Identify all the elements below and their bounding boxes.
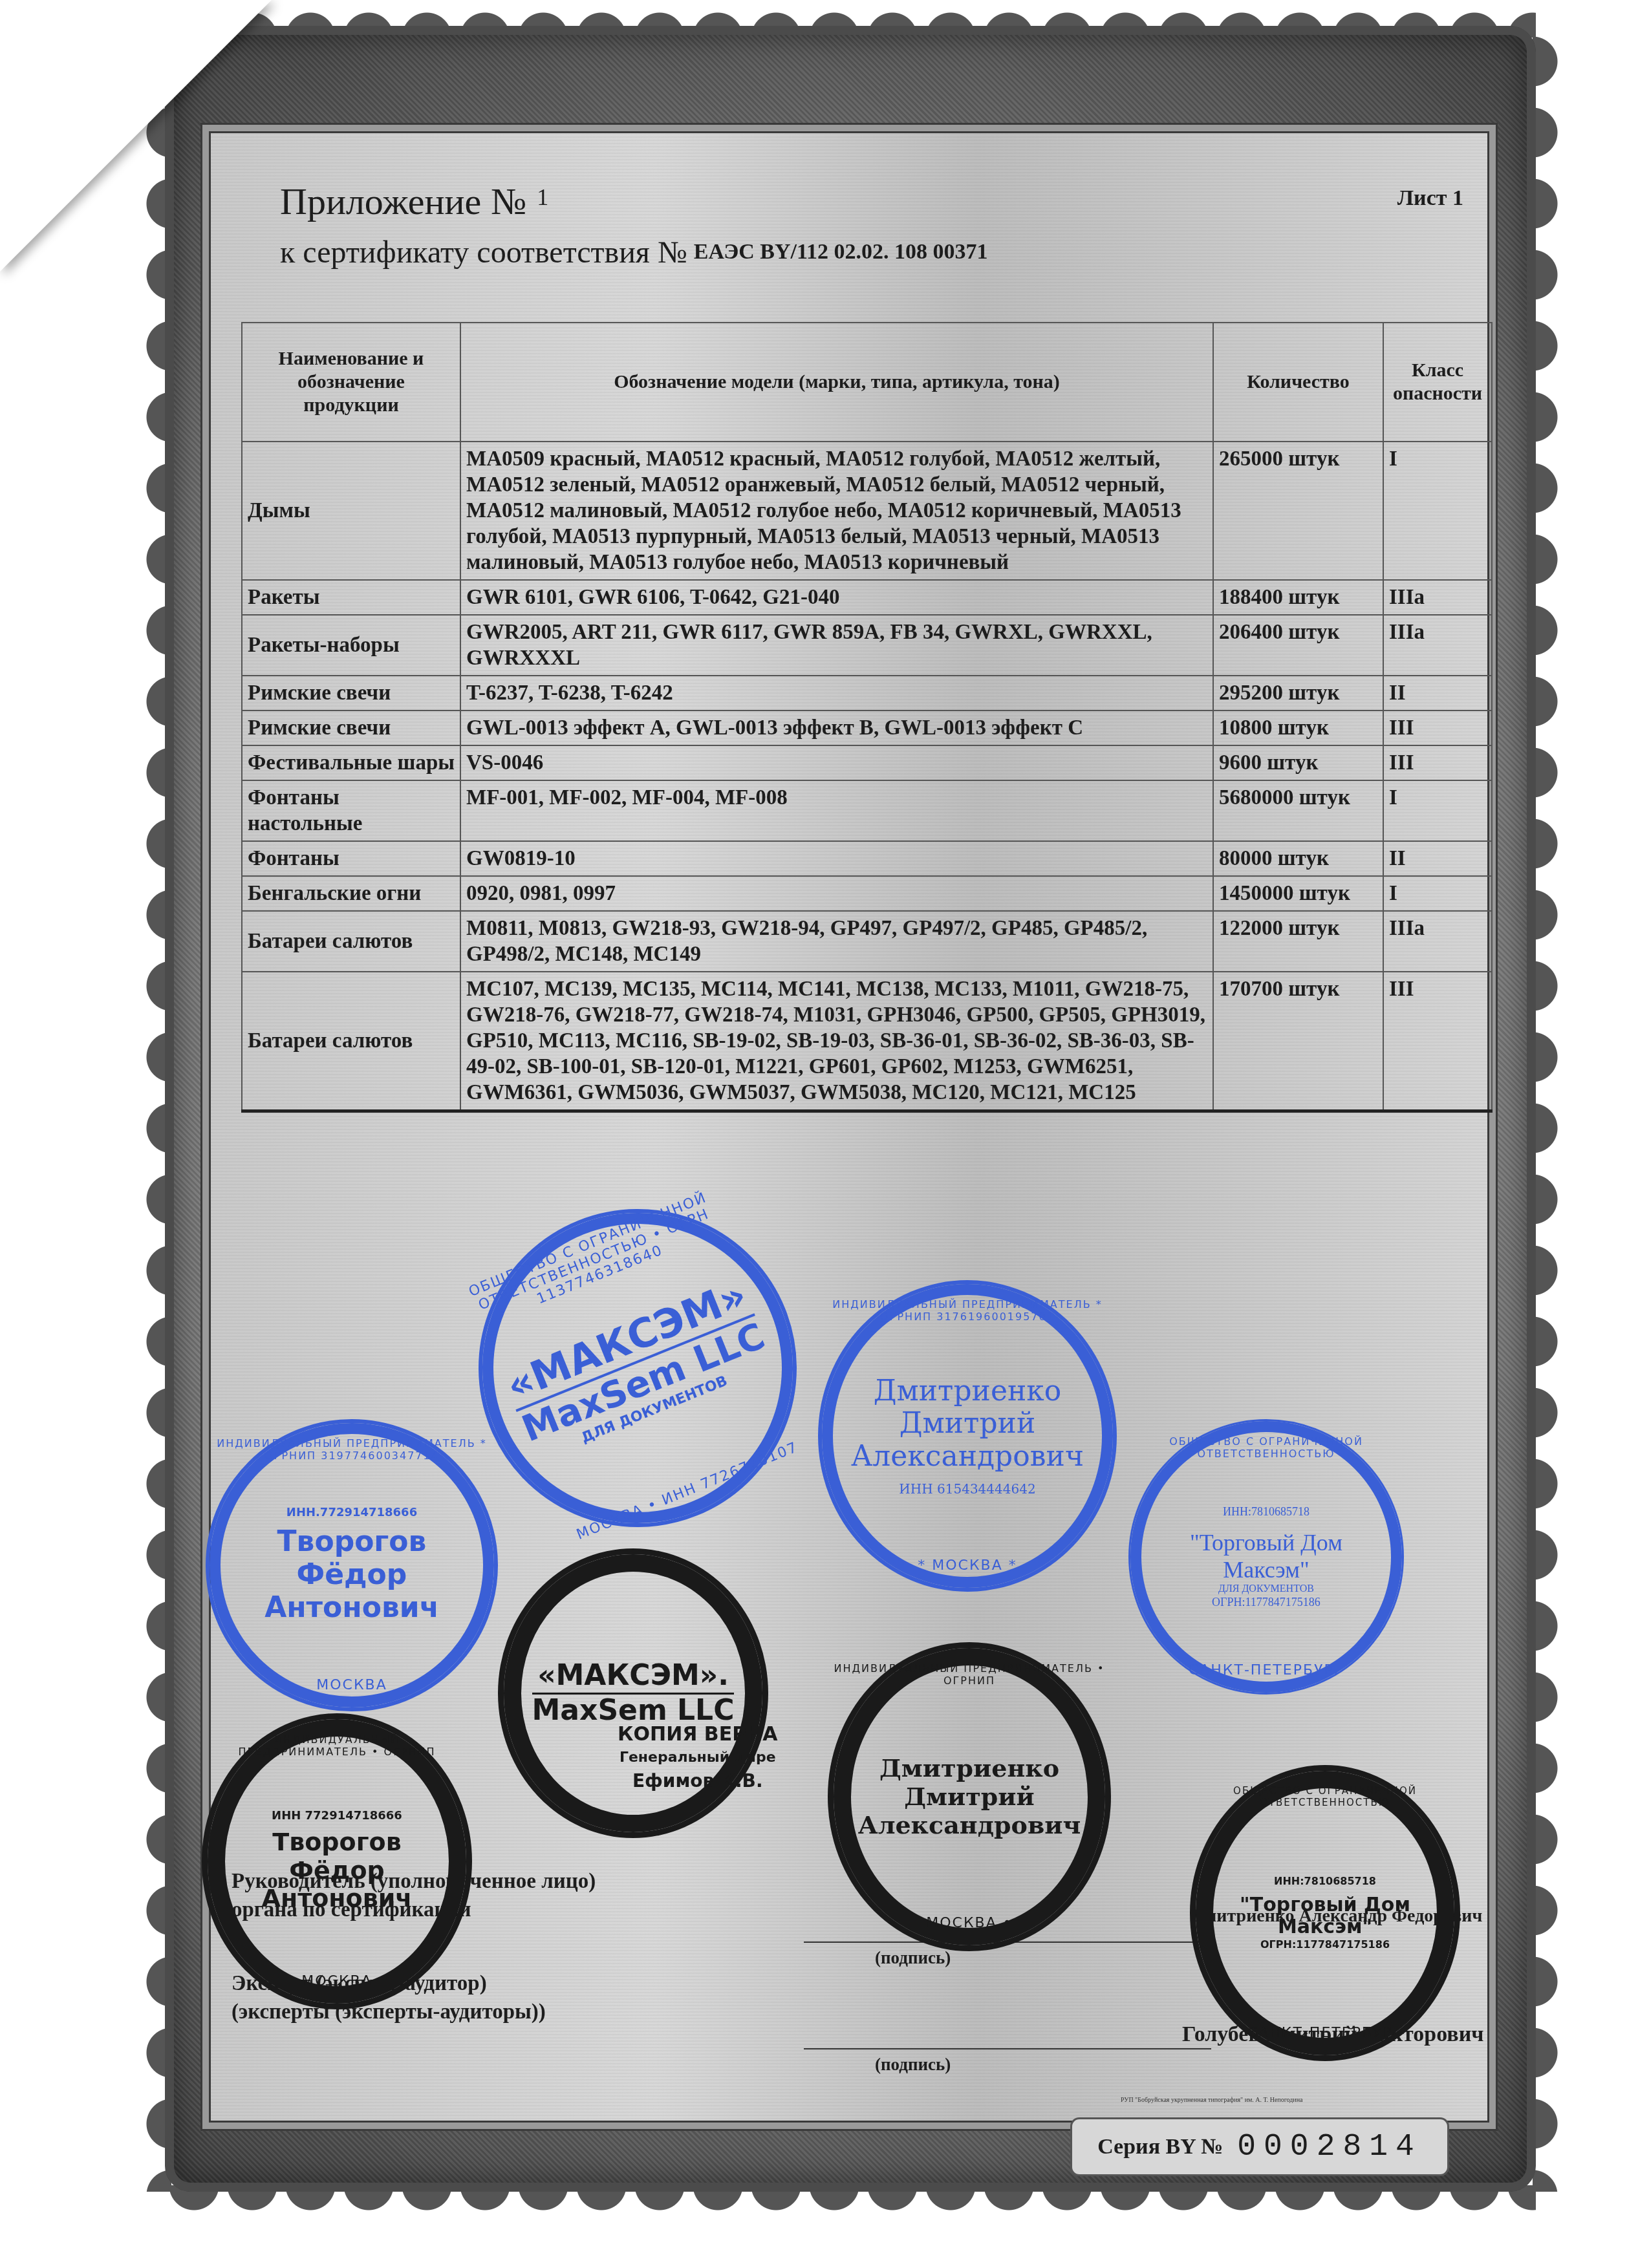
quantity-cell: 170700 штук [1213,972,1383,1111]
quantity-cell: 9600 штук [1213,745,1383,780]
copy-certified-stamp: КОПИЯ ВЕРНА Генеральный дире Ефимов К.В. [618,1723,777,1793]
head-signature-caption: (подпись) [875,1948,951,1968]
quantity-cell: 265000 штук [1213,442,1383,580]
stamp-center: Дмитриенко Дмитрий Александрович ИНН 615… [851,1375,1084,1497]
certificate-reference: к сертификату соответствия №ЕАЭС BY/112 … [280,235,988,270]
stamp-center: «МАКСЭМ». MaxSem LLC [532,1660,735,1727]
stamp-dmitrienko-blue: ИНДИВИДУАЛЬНЫЙ ПРЕДПРИНИМАТЕЛЬ * ОГРНИП … [818,1280,1117,1592]
stamp-inn: ИНН 772914718666 [262,1810,413,1823]
stamp-line: Дмитрий [858,1782,1081,1811]
product-name-cell: Батареи салютов [242,911,460,972]
serial-number: 0002814 [1237,2130,1422,2165]
appendix-number: 1 [537,184,548,210]
stamp-ring-text: * МОСКВА * [822,1557,1113,1574]
product-name-cell: Фонтаны [242,841,460,876]
stamp-ring-text: ИНДИВИДУАЛЬНЫЙ ПРЕДПРИНИМАТЕЛЬ * ОГРНИП … [822,1298,1113,1323]
model-list-cell: 0920, 0981, 0997 [460,876,1213,911]
stamp-ogrn: ОГРН:1177847175186 [1240,1939,1410,1951]
stamp-ring-text: САНКТ-ПЕТЕРБУРГ [1196,2025,1454,2041]
hazard-class-cell: IIIa [1383,615,1492,676]
stamp-dmitrienko-black: ИНДИВИДУАЛЬНЫЙ ПРЕДПРИНИМАТЕЛЬ • ОГРНИП … [828,1642,1111,1951]
stamp-line: MaxSem LLC [532,1693,735,1728]
hazard-class-cell: IIIa [1383,580,1492,615]
product-name-cell: Фонтаны настольные [242,780,460,841]
printer-note: РУП "Бобруйская укрупненная типография" … [1121,2097,1302,2104]
product-name-cell: Фестивальные шары [242,745,460,780]
serial-label: Серия BY № [1097,2135,1223,2159]
product-name-cell: Бенгальские огни [242,876,460,911]
column-header-quantity: Количество [1213,323,1383,442]
stamp-center: ИНН 772914718666 Творогов Фёдор Антонови… [262,1810,413,1913]
copy-line: Ефимов К.В. [618,1770,777,1793]
copy-line: Генеральный дире [618,1746,777,1770]
stamp-line: Максэм" [1190,1557,1342,1583]
stamp-ring-text: ИНДИВИДУАЛЬНЫЙ ПРЕДПРИНИМАТЕЛЬ * ОГРНИП … [210,1437,494,1462]
experts-label: (эксперты (эксперты-аудиторы)) [232,1998,596,2026]
stamp-ring-text: ОБЩЕСТВО С ОГРАНИЧЕННОЙ ОТВЕТСТВЕННОСТЬЮ [1130,1435,1402,1460]
stamp-torgovy-dom-blue: ОБЩЕСТВО С ОГРАНИЧЕННОЙ ОТВЕТСТВЕННОСТЬЮ… [1128,1419,1404,1695]
column-header-class: Класс опасности [1383,323,1492,442]
hazard-class-cell: III [1383,745,1492,780]
stamp-line: Творогов [264,1526,439,1559]
table-row: Римские свечиT-6237, T-6238, T-624229520… [242,676,1492,711]
stamp-ring-text: ОБЩЕСТВО С ОГРАНИЧЕННОЙ ОТВЕТСТВЕННОСТЬЮ [1196,1785,1454,1808]
hazard-class-cell: III [1383,711,1492,745]
table-row: ФонтаныGW0819-1080000 штукII [242,841,1492,876]
stamp-center: ИНН:7810685718 "Торговый Дом Максэм" ОГР… [1240,1876,1410,1951]
quantity-cell: 122000 штук [1213,911,1383,972]
hazard-class-cell: IIIa [1383,911,1492,972]
stamp-line: Дмитриенко [858,1754,1081,1782]
stamp-line: Александрович [851,1440,1084,1473]
hazard-class-cell: II [1383,841,1492,876]
quantity-cell: 1450000 штук [1213,876,1383,911]
column-header-name: Наименование и обозначение продукции [242,323,460,442]
table-row: ДымыMA0509 красный, MA0512 красный, MA05… [242,442,1492,580]
model-list-cell: VS-0046 [460,745,1213,780]
expert-signature-line [804,2048,1211,2049]
table-row: Батареи салютовM0811, M0813, GW218-93, G… [242,911,1492,972]
stamp-ring-text: ИНДИВИДУАЛЬНЫЙ ПРЕДПРИНИМАТЕЛЬ • ОГРНИП [834,1662,1105,1687]
product-name-cell: Дымы [242,442,460,580]
stamp-tvorogov-blue: ИНДИВИДУАЛЬНЫЙ ПРЕДПРИНИМАТЕЛЬ * ОГРНИП … [206,1419,498,1711]
hazard-class-cell: II [1383,676,1492,711]
stamp-inn: ИНН.772914718666 [264,1506,439,1520]
quantity-cell: 188400 штук [1213,580,1383,615]
model-list-cell: GWR2005, ART 211, GWR 6117, GWR 859A, FB… [460,615,1213,676]
quantity-cell: 295200 штук [1213,676,1383,711]
stamp-center: ИНН:7810685718 "Торговый Дом Максэм" ДЛЯ… [1190,1505,1342,1609]
table-header-row: Наименование и обозначение продукции Обо… [242,323,1492,442]
model-list-cell: GW0819-10 [460,841,1213,876]
stamp-center: Дмитриенко Дмитрий Александрович [858,1754,1081,1839]
model-list-cell: T-6237, T-6238, T-6242 [460,676,1213,711]
appendix-title: Приложение №1 [280,180,548,223]
stamp-line: Дмитрий [851,1407,1084,1440]
stamp-ring-text: МОСКВА • [834,1915,1105,1931]
certificate-reference-text: к сертификату соответствия № [280,235,687,270]
table-row: РакетыGWR 6101, GWR 6106, T-0642, G21-04… [242,580,1492,615]
stamp-tvorogov-black: ИНДИВИДУАЛЬНЫЙ ПРЕДПРИНИМАТЕЛЬ • ОГРНИП … [202,1713,472,2009]
stamp-torgovy-dom-black: ОБЩЕСТВО С ОГРАНИЧЕННОЙ ОТВЕТСТВЕННОСТЬЮ… [1190,1765,1460,2061]
stamp-inn: ИНН 615434444642 [851,1482,1084,1497]
stamp-ring-text: ИНДИВИДУАЛЬНЫЙ ПРЕДПРИНИМАТЕЛЬ • ОГРНИП [208,1733,466,1758]
stamp-line: Антонович [264,1592,439,1625]
table-row: Бенгальские огни0920, 0981, 09971450000 … [242,876,1492,911]
stamp-line: «МАКСЭМ». [532,1660,735,1693]
product-name-cell: Ракеты [242,580,460,615]
hazard-class-cell: I [1383,876,1492,911]
model-list-cell: GWL-0013 эффект A, GWL-0013 эффект B, GW… [460,711,1213,745]
quantity-cell: 10800 штук [1213,711,1383,745]
model-list-cell: MA0509 красный, MA0512 красный, MA0512 г… [460,442,1213,580]
expert-signature-caption: (подпись) [875,2055,951,2075]
table-row: Батареи салютовMC107, MC139, MC135, MC11… [242,972,1492,1111]
stamp-line: Антонович [262,1885,413,1913]
stamp-inn: ИНН:7810685718 [1190,1505,1342,1519]
product-name-cell: Римские свечи [242,676,460,711]
table-row: Ракеты-наборыGWR2005, ART 211, GWR 6117,… [242,615,1492,676]
stamp-line: Дмитриенко [851,1375,1084,1408]
sheet-number: Лист 1 [1397,186,1463,211]
stamp-ogrn: ОГРН:1177847175186 [1190,1596,1342,1609]
model-list-cell: MC107, MC139, MC135, MC114, MC141, MC138… [460,972,1213,1111]
stamp-ring-text: МОСКВА [208,1973,466,1989]
product-name-cell: Батареи салютов [242,972,460,1111]
hazard-class-cell: III [1383,972,1492,1111]
product-name-cell: Римские свечи [242,711,460,745]
stamp-center: ИНН.772914718666 Творогов Фёдор Антонови… [264,1506,439,1624]
quantity-cell: 206400 штук [1213,615,1383,676]
stamp-line: ДЛЯ ДОКУМЕНТОВ [1190,1583,1342,1595]
stamp-maxsem-black: «МАКСЭМ». MaxSem LLC [498,1548,768,1838]
stamp-line: Фёдор [262,1857,413,1885]
certificate-number: ЕАЭС BY/112 02.02. 108 00371 [694,240,988,264]
serial-number-box: Серия BY № 0002814 [1070,2117,1449,2176]
stamp-line: Творогов [262,1828,413,1857]
column-header-models: Обозначение модели (марки, типа, артикул… [460,323,1213,442]
product-name-cell: Ракеты-наборы [242,615,460,676]
hazard-class-cell: I [1383,442,1492,580]
model-list-cell: M0811, M0813, GW218-93, GW218-94, GP497,… [460,911,1213,972]
table-row: Фестивальные шарыVS-00469600 штукIII [242,745,1492,780]
stamp-ring-text: МОСКВА [210,1677,494,1693]
product-table: Наименование и обозначение продукции Обо… [241,322,1493,1113]
stamp-line: "Торговый Дом [1240,1894,1410,1917]
stamp-line: "Торговый Дом [1190,1530,1342,1556]
stamp-line: Максэм" [1240,1916,1410,1939]
quantity-cell: 80000 штук [1213,841,1383,876]
stamp-ring-text: САНКТ-ПЕТЕРБУРГ [1130,1662,1402,1678]
hazard-class-cell: I [1383,780,1492,841]
copy-line: КОПИЯ ВЕРНА [618,1723,777,1746]
table-row: Римские свечиGWL-0013 эффект A, GWL-0013… [242,711,1492,745]
table-row: Фонтаны настольныеMF-001, MF-002, MF-004… [242,780,1492,841]
border-scallop-right [1533,26,1571,2192]
quantity-cell: 5680000 штук [1213,780,1383,841]
stamp-inn: ИНН:7810685718 [1240,1876,1410,1887]
stamp-line: Фёдор [264,1559,439,1592]
appendix-title-text: Приложение № [280,180,526,222]
stamp-line: Александрович [858,1811,1081,1839]
model-list-cell: MF-001, MF-002, MF-004, MF-008 [460,780,1213,841]
model-list-cell: GWR 6101, GWR 6106, T-0642, G21-040 [460,580,1213,615]
